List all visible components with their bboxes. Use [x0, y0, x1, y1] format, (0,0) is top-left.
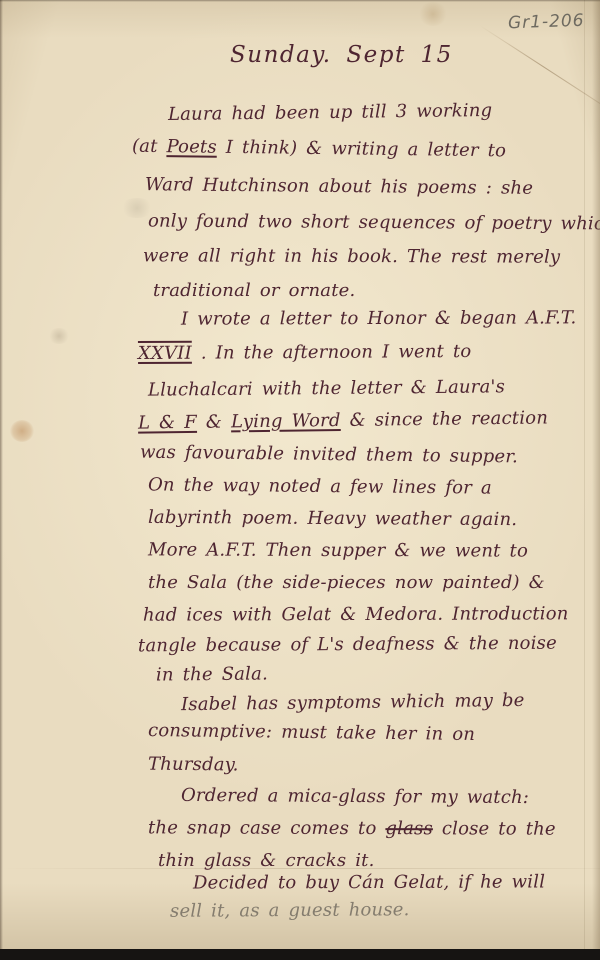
manuscript-line: thin glass & cracks it. [158, 850, 375, 871]
manuscript-line: traditional or ornate. [153, 280, 355, 301]
manuscript-line: was favourable invited them to supper. [140, 442, 518, 468]
manuscript-line: labyrinth poem. Heavy weather again. [148, 507, 517, 530]
text-segment: sell it, as a guest house. [170, 899, 410, 922]
text-segment: More A.F.T. Then supper & we went to [148, 539, 528, 561]
manuscript-line: only found two short sequences of poetry… [148, 211, 600, 235]
text-segment: had ices with Gelat & Medora. Introducti… [143, 603, 569, 625]
text-segment: (at [132, 136, 167, 157]
manuscript-line: the Sala (the side-pieces now painted) & [148, 572, 545, 593]
text-segment: the snap case comes to [148, 817, 385, 839]
manuscript-line: Lluchalcari with the letter & Laura's [148, 376, 505, 400]
scanned-page: Gr1-206 Sunday. Sept 15 Laura had been u… [0, 0, 600, 960]
manuscript-line: XXVII . In the afternoon I went to [138, 341, 472, 364]
text-segment: . In the afternoon I went to [192, 341, 472, 364]
paper-background: Gr1-206 Sunday. Sept 15 Laura had been u… [0, 0, 600, 960]
paper-crease [480, 25, 600, 108]
manuscript-line: Isabel has symptoms which may be [181, 690, 525, 715]
text-segment: Decided to buy Cán Gelat, if he will [193, 871, 545, 893]
text-segment: in the Sala. [156, 663, 268, 685]
scan-edge-top [0, 0, 600, 2]
manuscript-line: (at Poets I think) & writing a letter to [132, 136, 506, 162]
text-segment: Thursday. [148, 754, 239, 776]
text-segment: I wrote a letter to Honor & began A.F.T. [181, 307, 576, 329]
manuscript-line: Ordered a mica-glass for my watch: [181, 785, 529, 808]
text-segment: Ordered a mica-glass for my watch: [181, 785, 529, 808]
manuscript-line: were all right in his book. The rest mer… [143, 245, 560, 267]
text-segment: was favourable invited them to supper. [140, 442, 518, 468]
text-segment: were all right in his book. The rest mer… [143, 245, 560, 267]
manuscript-line: L & F & Lying Word & since the reaction [138, 407, 548, 433]
text-segment: the Sala (the side-pieces now painted) & [148, 572, 545, 593]
text-segment: glass [385, 818, 433, 839]
manuscript-line: sell it, as a guest house. [170, 899, 410, 922]
text-segment: thin glass & cracks it. [158, 850, 375, 871]
manuscript-line: I wrote a letter to Honor & began A.F.T. [181, 307, 576, 329]
manuscript-line: Decided to buy Cán Gelat, if he will [193, 871, 545, 893]
text-segment: consumptive: must take her in on [148, 720, 475, 745]
text-segment: Ward Hutchinson about his poems : she [145, 174, 533, 199]
text-segment: XXVII [138, 343, 192, 364]
manuscript-line: On the way noted a few lines for a [148, 474, 492, 498]
text-segment: labyrinth poem. Heavy weather again. [148, 507, 517, 530]
text-segment: Laura had been up till 3 working [168, 100, 493, 125]
text-segment: On the way noted a few lines for a [148, 474, 492, 498]
text-segment: Lluchalcari with the letter & Laura's [148, 376, 505, 400]
manuscript-line: the snap case comes to glass close to th… [148, 817, 556, 839]
scan-edge-bottom [0, 949, 600, 960]
text-segment: Isabel has symptoms which may be [181, 690, 525, 715]
manuscript-line: had ices with Gelat & Medora. Introducti… [143, 603, 569, 625]
text-segment: only found two short sequences of poetry… [148, 211, 600, 235]
paper-stain [418, 2, 448, 26]
text-segment: & since the reaction [341, 407, 549, 431]
text-segment: traditional or ornate. [153, 280, 355, 301]
manuscript-line: Laura had been up till 3 working [168, 100, 493, 125]
manuscript-line: in the Sala. [156, 663, 268, 685]
manuscript-line: Ward Hutchinson about his poems : she [145, 174, 533, 199]
text-segment: tangle because of L's deafness & the noi… [138, 633, 557, 657]
scan-edge-right [592, 0, 600, 960]
archive-mark: Gr1-206 [508, 11, 585, 34]
text-segment: L & F [138, 412, 197, 434]
manuscript-line: More A.F.T. Then supper & we went to [148, 539, 528, 561]
paper-stain [48, 328, 70, 344]
text-segment: & [197, 411, 231, 432]
manuscript-line: Thursday. [148, 754, 239, 776]
text-segment: I think) & writing a letter to [217, 137, 507, 162]
text-segment: close to the [433, 818, 556, 839]
entry-date-heading: Sunday. Sept 15 [230, 42, 453, 68]
paper-crease [584, 0, 585, 960]
manuscript-line: consumptive: must take her in on [148, 720, 475, 745]
scan-edge-left [0, 0, 3, 960]
manuscript-line: tangle because of L's deafness & the noi… [138, 633, 557, 657]
text-segment: Poets [166, 136, 217, 158]
text-segment: Lying Word [231, 410, 341, 432]
paper-stain [10, 420, 34, 442]
